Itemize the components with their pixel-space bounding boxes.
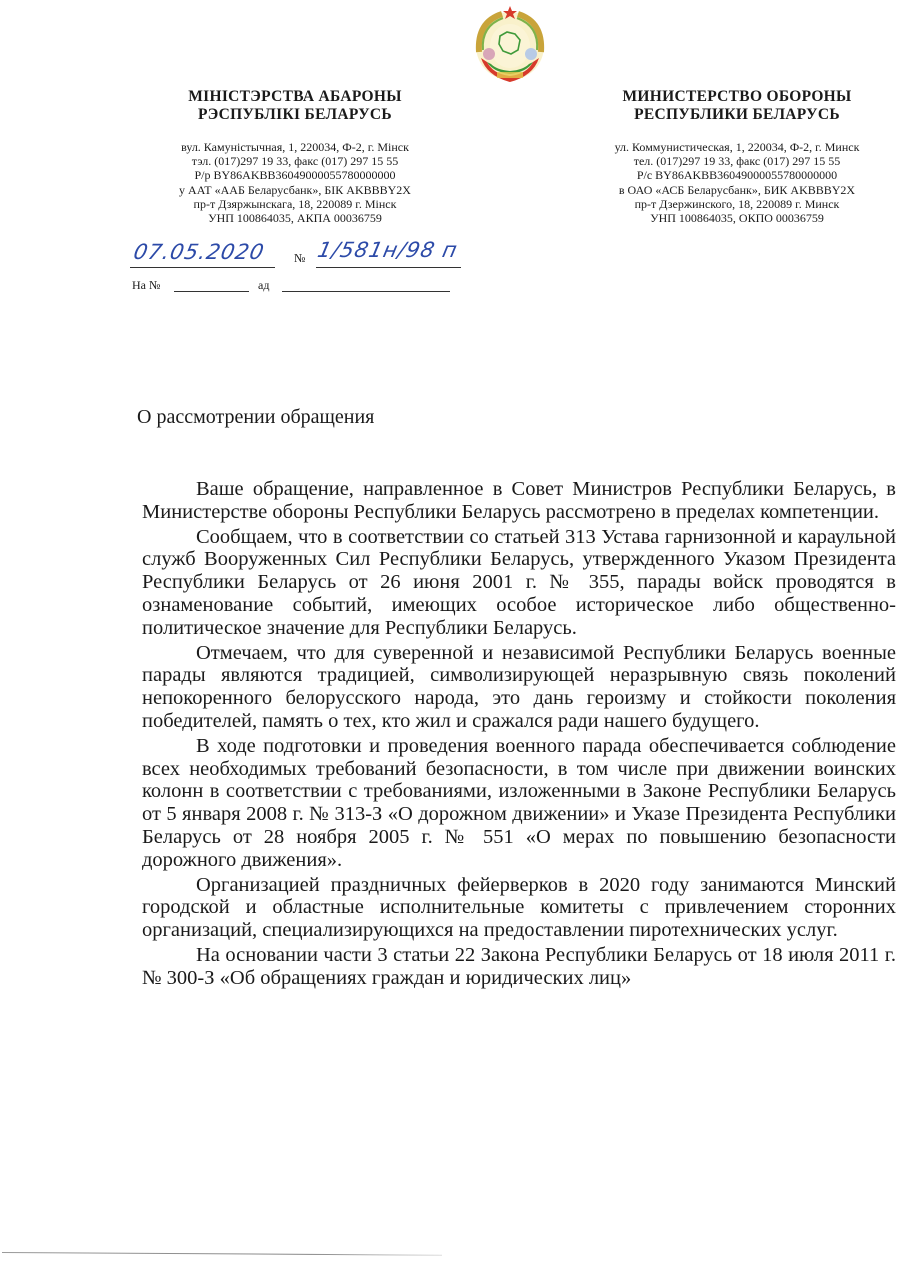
coat-of-arms-icon	[467, 2, 553, 86]
paragraph: В ходе подготовки и проведения военного …	[142, 735, 896, 872]
outgoing-registration: 07.05.2020 № 1/581н/98 п	[130, 240, 490, 268]
address-line: ул. Коммунистическая, 1, 220034, Ф-2, г.…	[572, 140, 902, 154]
title-line-1: МІНІСТЭРСТВА АБАРОНЫ	[120, 88, 470, 106]
handwritten-date: 07.05.2020	[131, 240, 266, 264]
letterhead-belarusian: МІНІСТЭРСТВА АБАРОНЫ РЭСПУБЛІКІ БЕЛАРУСЬ…	[120, 88, 470, 225]
title-line-1: МИНИСТЕРСТВО ОБОРОНЫ	[572, 88, 902, 106]
address-line: УНП 100864035, ОКПО 00036759	[572, 211, 902, 225]
ministry-title-ru: МИНИСТЕРСТВО ОБОРОНЫ РЕСПУБЛИКИ БЕЛАРУСЬ	[572, 88, 902, 124]
paragraph: Сообщаем, что в соответствии со статьей …	[142, 526, 896, 640]
handwritten-number: 1/581н/98 п	[315, 238, 460, 262]
reply-number-blank	[174, 291, 249, 292]
number-sign: №	[294, 251, 305, 266]
address-line: в ОАО «АСБ Беларусбанк», БИК AKBBBY2X	[572, 183, 902, 197]
paragraph: Ваше обращение, направленное в Совет Мин…	[142, 478, 896, 524]
reply-reference: На № ад	[130, 276, 490, 296]
reply-to-label: На №	[132, 278, 160, 293]
paragraph: Отмечаем, что для суверенной и независим…	[142, 642, 896, 733]
number-underline	[316, 267, 461, 268]
address-line: Р/с BY86AKBB36049000055780000000	[572, 168, 902, 182]
title-line-2: РЕСПУБЛИКИ БЕЛАРУСЬ	[572, 106, 902, 124]
registration-block: 07.05.2020 № 1/581н/98 п На № ад	[130, 240, 490, 300]
paragraph: Организацией праздничных фейерверков в 2…	[142, 874, 896, 942]
letter-body: Ваше обращение, направленное в Совет Мин…	[142, 478, 896, 992]
letterhead-russian: МИНИСТЕРСТВО ОБОРОНЫ РЕСПУБЛИКИ БЕЛАРУСЬ…	[572, 88, 902, 225]
reply-date-blank	[282, 291, 450, 292]
title-line-2: РЭСПУБЛІКІ БЕЛАРУСЬ	[120, 106, 470, 124]
address-line: Р/р BY86AKBB36049000055780000000	[120, 168, 470, 182]
address-line: вул. Камуністычная, 1, 220034, Ф-2, г. М…	[120, 140, 470, 154]
address-block-by: вул. Камуністычная, 1, 220034, Ф-2, г. М…	[120, 140, 470, 225]
address-line: тэл. (017)297 19 33, факс (017) 297 15 5…	[120, 154, 470, 168]
date-underline	[130, 267, 275, 268]
address-line: пр-т Дзяржынскага, 18, 220089 г. Мінск	[120, 197, 470, 211]
address-line: у ААТ «ААБ Беларусбанк», БІК AKBBBY2X	[120, 183, 470, 197]
letter-subject: О рассмотрении обращения	[137, 406, 374, 429]
address-line: тел. (017)297 19 33, факс (017) 297 15 5…	[572, 154, 902, 168]
from-label: ад	[258, 278, 269, 293]
address-block-ru: ул. Коммунистическая, 1, 220034, Ф-2, г.…	[572, 140, 902, 225]
ministry-title-by: МІНІСТЭРСТВА АБАРОНЫ РЭСПУБЛІКІ БЕЛАРУСЬ	[120, 88, 470, 124]
page-bottom-rule	[2, 1252, 442, 1256]
address-line: пр-т Дзержинского, 18, 220089 г. Минск	[572, 197, 902, 211]
paragraph: На основании части 3 статьи 22 Закона Ре…	[142, 944, 896, 990]
address-line: УНП 100864035, АКПА 00036759	[120, 211, 470, 225]
